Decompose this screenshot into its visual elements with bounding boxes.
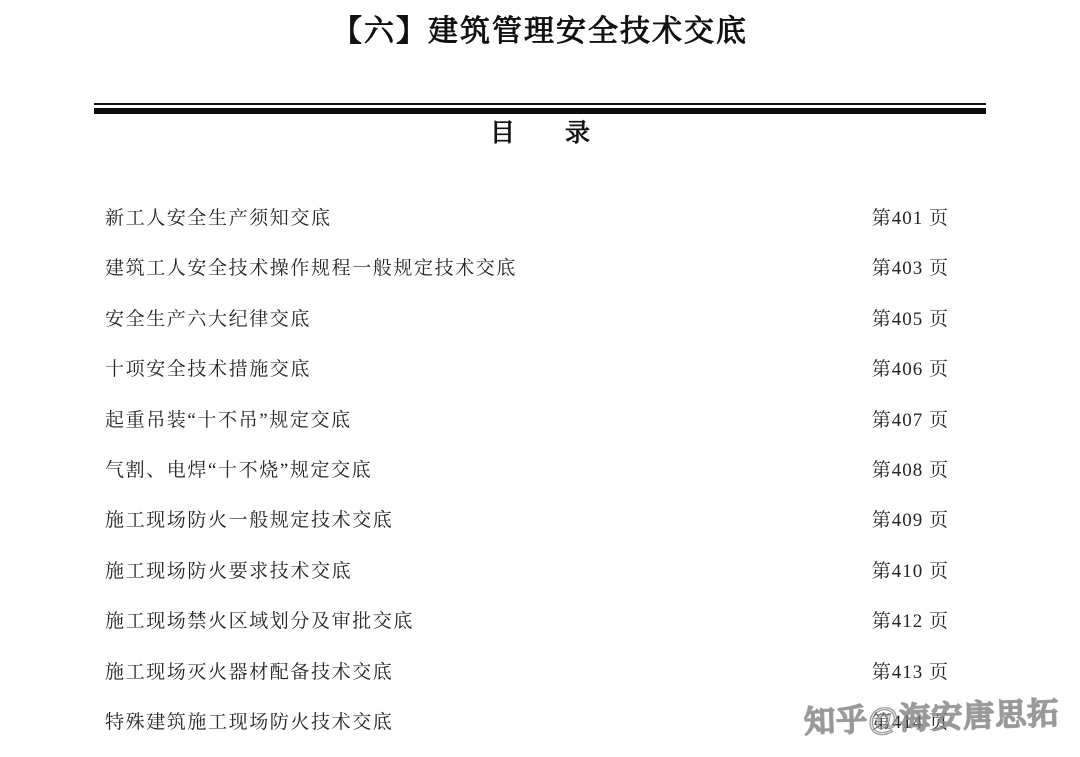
- toc-entry: 安全生产六大纪律交底 第405 页: [105, 307, 949, 357]
- toc-entry-title: 施工现场灭火器材配备技术交底: [105, 660, 393, 685]
- toc-entry-title: 施工现场防火要求技术交底: [105, 559, 352, 584]
- toc-entry-page: 第412 页: [872, 609, 949, 634]
- toc-entry: 气割、电焊“十不烧”规定交底 第408 页: [105, 458, 949, 508]
- toc-entry: 起重吊装“十不吊”规定交底 第407 页: [105, 408, 949, 458]
- toc-entry-page: 第408 页: [872, 458, 949, 483]
- toc-entry-title: 特殊建筑施工现场防火技术交底: [105, 710, 393, 735]
- toc-entry-page: 第403 页: [872, 256, 949, 281]
- toc-entry-page: 第407 页: [872, 408, 949, 433]
- toc-entry: 施工现场防火要求技术交底 第410 页: [105, 559, 949, 609]
- toc-entry-page: 第410 页: [872, 559, 949, 584]
- toc-entry: 施工现场防火一般规定技术交底 第409 页: [105, 508, 949, 558]
- toc-entry: 施工现场禁火区域划分及审批交底 第412 页: [105, 609, 949, 659]
- toc-entry: 十项安全技术措施交底 第406 页: [105, 357, 949, 407]
- table-of-contents: 新工人安全生产须知交底 第401 页 建筑工人安全技术操作规程一般规定技术交底 …: [105, 206, 949, 757]
- toc-entry-page: 第409 页: [872, 508, 949, 533]
- toc-entry-title: 建筑工人安全技术操作规程一般规定技术交底: [105, 256, 517, 281]
- toc-entry: 施工现场灭火器材配备技术交底 第413 页: [105, 660, 949, 710]
- toc-entry: 新工人安全生产须知交底 第401 页: [105, 206, 949, 256]
- toc-entry-page: 第405 页: [872, 307, 949, 332]
- toc-entry-title: 新工人安全生产须知交底: [105, 206, 332, 231]
- toc-entry-page: 第413 页: [872, 660, 949, 685]
- toc-heading: 目 录: [0, 113, 1080, 149]
- toc-entry-title: 安全生产六大纪律交底: [105, 307, 311, 332]
- toc-entry-page: 第401 页: [872, 206, 949, 231]
- toc-entry-page: 第406 页: [872, 357, 949, 382]
- document-title: 【六】建筑管理安全技术交底: [0, 6, 1080, 50]
- toc-entry-title: 施工现场禁火区域划分及审批交底: [105, 609, 414, 634]
- toc-entry-title: 气割、电焊“十不烧”规定交底: [105, 458, 372, 483]
- toc-entry-title: 施工现场防火一般规定技术交底: [105, 508, 393, 533]
- toc-entry-title: 十项安全技术措施交底: [105, 357, 311, 382]
- toc-entry: 特殊建筑施工现场防火技术交底 第414 页: [105, 710, 949, 757]
- toc-entry-title: 起重吊装“十不吊”规定交底: [105, 408, 352, 433]
- toc-entry-page: 第414 页: [872, 710, 949, 735]
- toc-entry: 建筑工人安全技术操作规程一般规定技术交底 第403 页: [105, 256, 949, 306]
